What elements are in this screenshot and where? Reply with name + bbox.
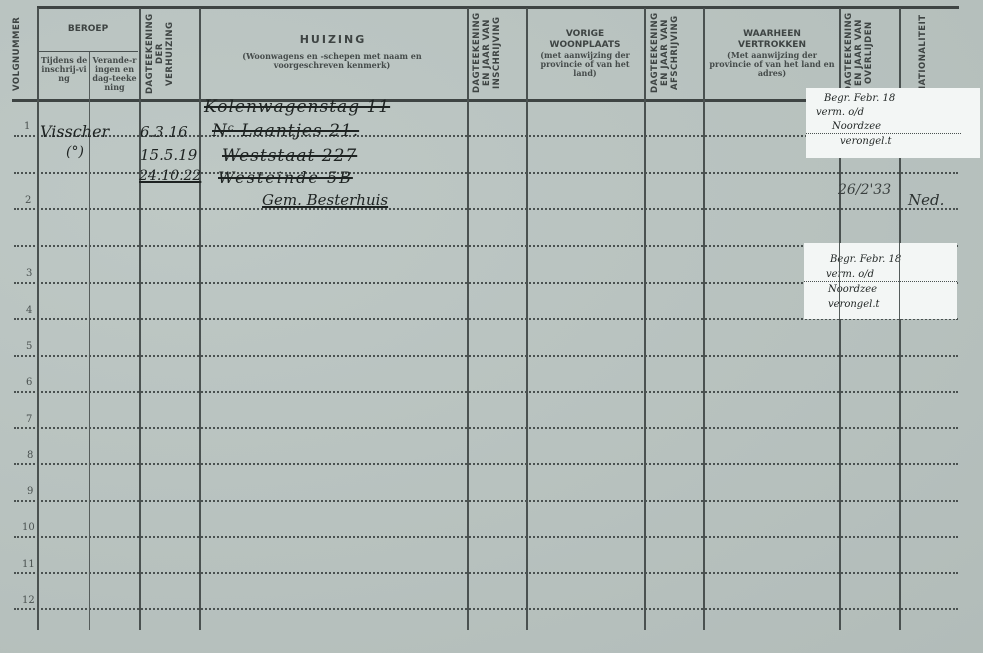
header-beroep-veranderingen: Verande-ringen en dag-teekening xyxy=(91,56,138,92)
header-huizing-subtitle: (Woonwagens en -schepen met naam en voor… xyxy=(232,52,432,70)
row-number-4: 4 xyxy=(26,305,32,316)
col-line-vorige-woonplaats xyxy=(644,8,646,630)
row-number-2: 2 xyxy=(25,195,31,206)
entry-address-4: Westeinde 5B xyxy=(218,168,353,187)
row-number-10: 10 xyxy=(22,522,35,533)
row-line xyxy=(14,391,958,393)
header-volgnummer: VOLGNUMMER xyxy=(12,12,34,96)
entry-verhuizing-date-1: 6.3.16 xyxy=(140,123,188,141)
col-line-volgnummer xyxy=(37,8,39,630)
header-beroep: BEROEP xyxy=(38,24,138,34)
row-number-9: 9 xyxy=(27,486,33,497)
row-number-11: 11 xyxy=(22,559,35,570)
entry-beroep: Visscher xyxy=(40,122,109,141)
col-line-huizing xyxy=(467,8,469,630)
annotation-1-line-3: Noordzee xyxy=(832,120,881,133)
entry-beroep-note: (°) xyxy=(66,144,84,160)
annotation-1-line-4: verongel.t xyxy=(840,135,892,148)
row-number-7: 7 xyxy=(26,414,32,425)
entry-nationaliteit: Ned. xyxy=(908,191,944,209)
row-line xyxy=(14,463,958,465)
header-beroep-tijdens: Tijdens de inschrij-ving xyxy=(40,56,88,83)
entry-address-5: Gem. Besterhuis xyxy=(262,191,388,209)
col-line-verhuizing xyxy=(199,8,201,630)
entry-verhuizing-date-3: 24.10.22 xyxy=(139,168,201,184)
annotation-patch-1: Begr. Febr. 18 verm. o/d Noordzee verong… xyxy=(806,88,980,158)
header-dagteekening-afschrijving: DAGTEEKENING EN JAAR VAN AFSCHRIJVING xyxy=(650,10,700,96)
beroep-sub-divider xyxy=(38,51,138,52)
entry-overlijden-date: 26/2'33 xyxy=(838,182,891,198)
header-vorige-woonplaats: VORIGE WOONPLAATS xyxy=(540,29,630,51)
row-number-5: 5 xyxy=(26,341,32,352)
header-huizing: HUIZING xyxy=(200,33,466,46)
header-vorige-woonplaats-subtitle: (met aanwijzing der provincie of van het… xyxy=(532,51,638,78)
entry-address-2: Nᶜ Laantjes 21. xyxy=(212,121,359,141)
row-line xyxy=(14,427,958,429)
entry-address-3: Weststaat 227 xyxy=(222,146,357,166)
row-number-6: 6 xyxy=(26,377,32,388)
annotation-1-line-2: verm. o/d xyxy=(816,106,864,119)
entry-address-1: Kolenwagenstag 11 xyxy=(204,97,390,117)
header-waarheen-subtitle: (Met aanwijzing der provincie of van het… xyxy=(708,51,836,78)
annotation-1-line-1: Begr. Febr. 18 xyxy=(824,92,895,105)
annotation-2-line-3: Noordzee xyxy=(828,283,877,296)
col-line-inschrijving xyxy=(526,8,528,630)
row-number-3: 3 xyxy=(26,268,32,279)
col-line-afschrijving xyxy=(703,8,705,630)
annotation-2-row-line xyxy=(804,281,957,282)
row-line xyxy=(14,355,958,357)
annotation-2-line-1: Begr. Febr. 18 xyxy=(830,253,901,266)
entry-verhuizing-date-2: 15.5.19 xyxy=(140,146,197,164)
register-card: VOLGNUMMER BEROEP Tijdens de inschrij-vi… xyxy=(0,0,983,653)
header-top-border xyxy=(37,6,959,9)
header-nationaliteit: NATIONALITEIT xyxy=(918,12,938,96)
header-dagteekening-verhuizing: DAGTEEKENING DER VERHUIZING xyxy=(145,12,195,96)
row-line xyxy=(14,572,958,574)
annotation-1-row-line xyxy=(806,133,961,134)
header-dagteekening-inschrijving: DAGTEEKENING EN JAAR VAN INSCHRIJVING xyxy=(472,10,522,96)
row-line xyxy=(14,500,958,502)
annotation-2-line-2: verm. o/d xyxy=(826,268,874,281)
annotation-2-line-4: verongel.t xyxy=(828,298,880,311)
row-line xyxy=(14,608,958,610)
row-line xyxy=(14,208,958,210)
row-number-8: 8 xyxy=(27,450,33,461)
row-number-12: 12 xyxy=(22,595,35,606)
row-number-1: 1 xyxy=(24,121,30,132)
col-line-beroep xyxy=(139,8,141,630)
header-dagteekening-overlijden: DAGTEEKENING EN JAAR VAN OVERLIJDEN xyxy=(844,10,896,96)
header-waarheen-vertrokken: WAARHEEN VERTROKKEN xyxy=(715,29,829,51)
annotation-patch-2: Begr. Febr. 18 verm. o/d Noordzee verong… xyxy=(804,243,957,319)
row-line xyxy=(14,536,958,538)
